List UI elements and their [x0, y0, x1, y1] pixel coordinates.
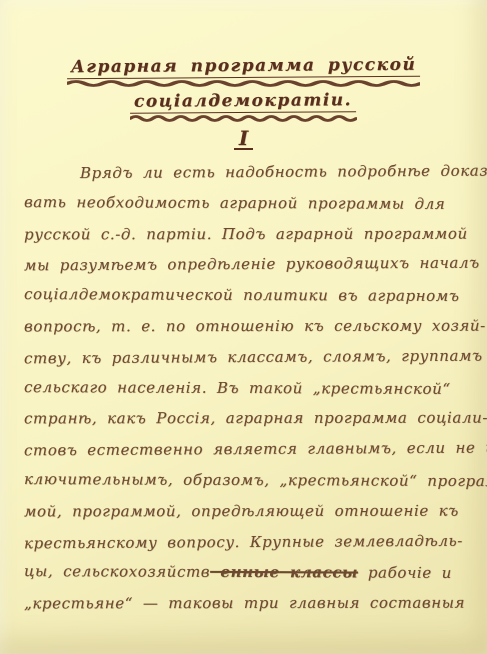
wavy-underline: [67, 79, 420, 88]
manuscript-line: стовъ естественно является главнымъ, есл…: [24, 433, 469, 467]
handwritten-text: ключительнымъ, образомъ, „крестьянской“ …: [24, 470, 487, 490]
manuscript-line: соціалдемократической политики въ аграрн…: [24, 279, 469, 312]
manuscript-line: мой, программой, опредѣляющей отношеніе …: [24, 495, 469, 527]
handwritten-text: Врядъ ли есть надобность подробнѣе доказ…: [80, 161, 487, 182]
handwritten-text: цы, сельскохозяйств: [24, 562, 210, 581]
title-line-1: Аграрная программа русской: [67, 56, 420, 88]
manuscript-body: Врядъ ли есть надобность подробнѣе доказ…: [0, 157, 487, 619]
struck-text: енные: [210, 563, 280, 581]
manuscript-page: Аграрная программа русской соціалдемокра…: [0, 0, 487, 654]
handwritten-text: ству, къ различнымъ классамъ, слоямъ, гр…: [24, 346, 483, 367]
manuscript-line: ключительнымъ, образомъ, „крестьянской“ …: [24, 464, 469, 497]
manuscript-line: цы, сельскохозяйств енные классы рабочіе…: [24, 556, 469, 589]
manuscript-line: „крестьяне“ — таковы три главныя составн…: [24, 588, 469, 620]
handwritten-text: мой, программой, опредѣляющей отношеніе …: [24, 501, 459, 520]
handwritten-text: рабочіе и: [358, 564, 452, 582]
wavy-underline: [130, 114, 356, 123]
handwritten-text: крестьянскому вопросу. Крупные землевлад…: [24, 531, 463, 552]
handwritten-text: сельскаго населенія. Въ такой „крестьянс…: [24, 378, 451, 398]
title-text-2: соціалдемократіи.: [130, 90, 356, 114]
manuscript-line: странѣ, какъ Россія, аграрная программа …: [24, 403, 469, 435]
section-number: I: [234, 128, 253, 150]
title-text-1: Аграрная программа русской: [67, 55, 420, 79]
handwritten-text: соціалдемократической политики въ аграрн…: [24, 285, 460, 305]
handwritten-text: „крестьяне“ — таковы три главныя составн…: [24, 594, 465, 613]
title-line-2: соціалдемократіи.: [130, 91, 356, 123]
manuscript-line: мы разумѣемъ опредѣленіе руководящихъ на…: [24, 248, 469, 282]
handwritten-text: стовъ естественно является главнымъ, есл…: [24, 439, 487, 460]
manuscript-line: вать необходимость аграрной программы дл…: [24, 187, 469, 220]
section-heading: I: [0, 128, 487, 150]
manuscript-line: ству, къ различнымъ классамъ, слоямъ, гр…: [24, 340, 469, 374]
manuscript-line: русской с.-д. партіи. Подъ аграрной прог…: [24, 218, 469, 250]
struck-text: классы: [280, 564, 358, 582]
manuscript-line: сельскаго населенія. Въ такой „крестьянс…: [24, 372, 469, 405]
manuscript-line: вопросѣ, т. е. по отношенію къ сельскому…: [24, 311, 469, 343]
handwritten-text: мы разумѣемъ опредѣленіе руководящихъ на…: [24, 254, 480, 275]
handwritten-text: русской с.-д. партіи. Подъ аграрной прог…: [24, 224, 468, 243]
handwritten-text: вопросѣ, т. е. по отношенію къ сельскому…: [24, 317, 486, 336]
manuscript-title: Аграрная программа русской соціалдемокра…: [0, 0, 487, 126]
handwritten-text: странѣ, какъ Россія, аграрная программа …: [24, 409, 487, 428]
manuscript-line: Врядъ ли есть надобность подробнѣе доказ…: [24, 156, 469, 190]
handwritten-text: вать необходимость аграрной программы дл…: [24, 193, 445, 213]
manuscript-line: крестьянскому вопросу. Крупные землевлад…: [24, 525, 469, 559]
